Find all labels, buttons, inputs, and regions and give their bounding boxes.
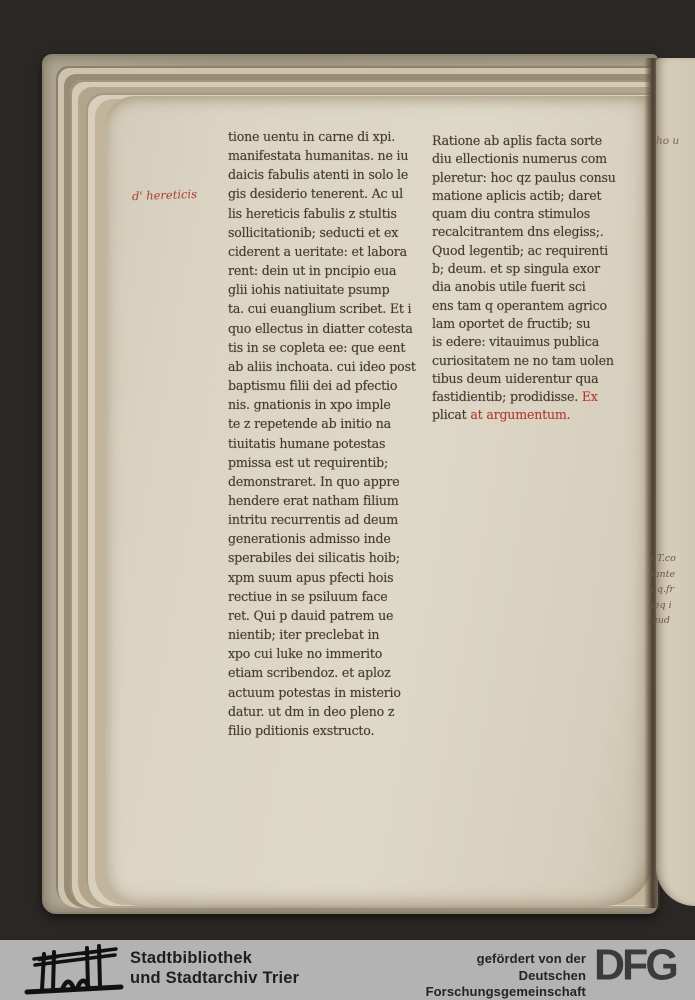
manuscript-line: te z repetende ab initio na <box>228 414 428 433</box>
manuscript-line: b; deum. et sp singula exor <box>432 260 642 278</box>
manuscript-line: laud <box>649 613 676 629</box>
manuscript-line: sperabiles dei silicatis hoib; <box>228 548 428 567</box>
library-name: Stadtbibliothek und Stadtarchiv Trier <box>130 948 299 988</box>
manuscript-line: sollicitationib; seducti et ex <box>228 223 428 242</box>
manuscript-line: nis. gnationis in xpo imple <box>228 395 428 414</box>
funding-credit: gefördert von der Deutschen Forschungsge… <box>356 951 586 1000</box>
funding-line1: gefördert von der <box>356 951 586 968</box>
manuscript-line: ens tam q operantem agrico <box>432 297 642 315</box>
stadtbibliothek-bridge-logo-icon <box>24 942 124 998</box>
manuscript-line: ab aliis inchoata. cui ideo post <box>228 357 428 376</box>
manuscript-line: rectiue in se psiluum face <box>228 587 428 606</box>
manuscript-line: hendere erat natham filium <box>228 491 428 510</box>
explicit-line-2: plicat at argumentum. <box>432 406 642 424</box>
manuscript-line: tis in se copleta ee: que eent <box>228 338 428 357</box>
manuscript-line: pleretur: hoc qz paulus consu <box>432 169 642 187</box>
footer-banner: Stadtbibliothek und Stadtarchiv Trier ge… <box>0 940 695 1000</box>
manuscript-line: Quod legentib; ac requirenti <box>432 242 642 260</box>
manuscript-line: Ratione ab aplis facta sorte <box>432 132 642 150</box>
manuscript-line: actuum potestas in misterio <box>228 683 428 702</box>
manuscript-line: diu ellectionis numerus com <box>432 150 642 168</box>
manuscript-line: xpo cui luke no immerito <box>228 644 428 663</box>
manuscript-line: ret. Qui p dauid patrem ue <box>228 606 428 625</box>
text-column-right: Ratione ab aplis facta sortediu ellectio… <box>432 132 642 425</box>
manuscript-line: s.T.co <box>649 551 676 567</box>
manuscript-line: ta. cui euanglium scribet. Et i <box>228 299 428 318</box>
manuscript-line: dia anobis utile fuerit sci <box>432 278 642 296</box>
manuscript-line: s.q.fr <box>649 582 676 598</box>
manuscript-line: manifestata humanitas. ne iu <box>228 146 428 165</box>
text-column-right-lines: Ratione ab aplis facta sortediu ellectio… <box>432 132 642 388</box>
manuscript-line: pmissa est ut requirentib; <box>228 453 428 472</box>
manuscript-line: intritu recurrentis ad deum <box>228 510 428 529</box>
manuscript-line: tione uentu in carne di xpi. <box>228 127 428 146</box>
facing-page-corner-note: ho u <box>656 135 679 147</box>
manuscript-line: datur. ut dm in deo pleno z <box>228 702 428 721</box>
manuscript-line: is edere: vitauimus publica <box>432 333 642 351</box>
library-name-line2: und Stadtarchiv Trier <box>130 968 299 988</box>
rubric-text: Ex <box>582 389 598 404</box>
manuscript-line: generationis admisso inde <box>228 529 428 548</box>
dfg-logo: DFG <box>594 941 676 991</box>
manuscript-line: matione aplicis actib; daret <box>432 187 642 205</box>
manuscript-line: xpm suum apus pfecti hois <box>228 568 428 587</box>
manuscript-line: quo ellectus in diatter cotesta <box>228 319 428 338</box>
manuscript-line: ciderent a ueritate: et labora <box>228 242 428 261</box>
manuscript-line: daicis fabulis atenti in solo le <box>228 165 428 184</box>
manuscript-line: sante <box>649 567 676 583</box>
manuscript-line: filio pditionis exstructo. <box>228 721 428 740</box>
manuscript-line: gis desiderio tenerent. Ac ul <box>228 184 428 203</box>
marginal-note-red: d' hereticis <box>132 187 197 203</box>
manuscript-line: tiuitatis humane potestas <box>228 434 428 453</box>
manuscript-line: nientib; iter preclebat in <box>228 625 428 644</box>
manuscript-line: etiam scribendoz. et aploz <box>228 663 428 682</box>
manuscript-photo: d' hereticis tione uentu in carne di xpi… <box>0 0 695 1000</box>
manuscript-line: curiositatem ne no tam uolen <box>432 352 642 370</box>
explicit-line-1: fastidientib; prodidisse. Ex <box>432 388 642 406</box>
manuscript-line: quam diu contra stimulos <box>432 205 642 223</box>
manuscript-line: rent: dein ut in pncipio eua <box>228 261 428 280</box>
rubric-text: at argumentum. <box>470 407 570 422</box>
manuscript-line: demonstraret. In quo appre <box>228 472 428 491</box>
manuscript-line: glii iohis natiuitate psump <box>228 280 428 299</box>
facing-page-edge <box>656 58 695 906</box>
manuscript-line: baptismu filii dei ad pfectio <box>228 376 428 395</box>
manuscript-line: lis hereticis fabulis z stultis <box>228 204 428 223</box>
manuscript-line: tibus deum uiderentur qua <box>432 370 642 388</box>
manuscript-line: recalcitrantem dns elegiss;. <box>432 223 642 241</box>
manuscript-line: seq i <box>649 598 676 614</box>
manuscript-line: lam oportet de fructib; su <box>432 315 642 333</box>
facing-page-margin-notes: s.T.cosantes.q.frseq ilaud <box>649 551 676 629</box>
text-column-left: tione uentu in carne di xpi.manifestata … <box>228 127 428 740</box>
funding-line2: Deutschen Forschungsgemeinschaft <box>356 968 586 1000</box>
library-name-line1: Stadtbibliothek <box>130 948 299 968</box>
